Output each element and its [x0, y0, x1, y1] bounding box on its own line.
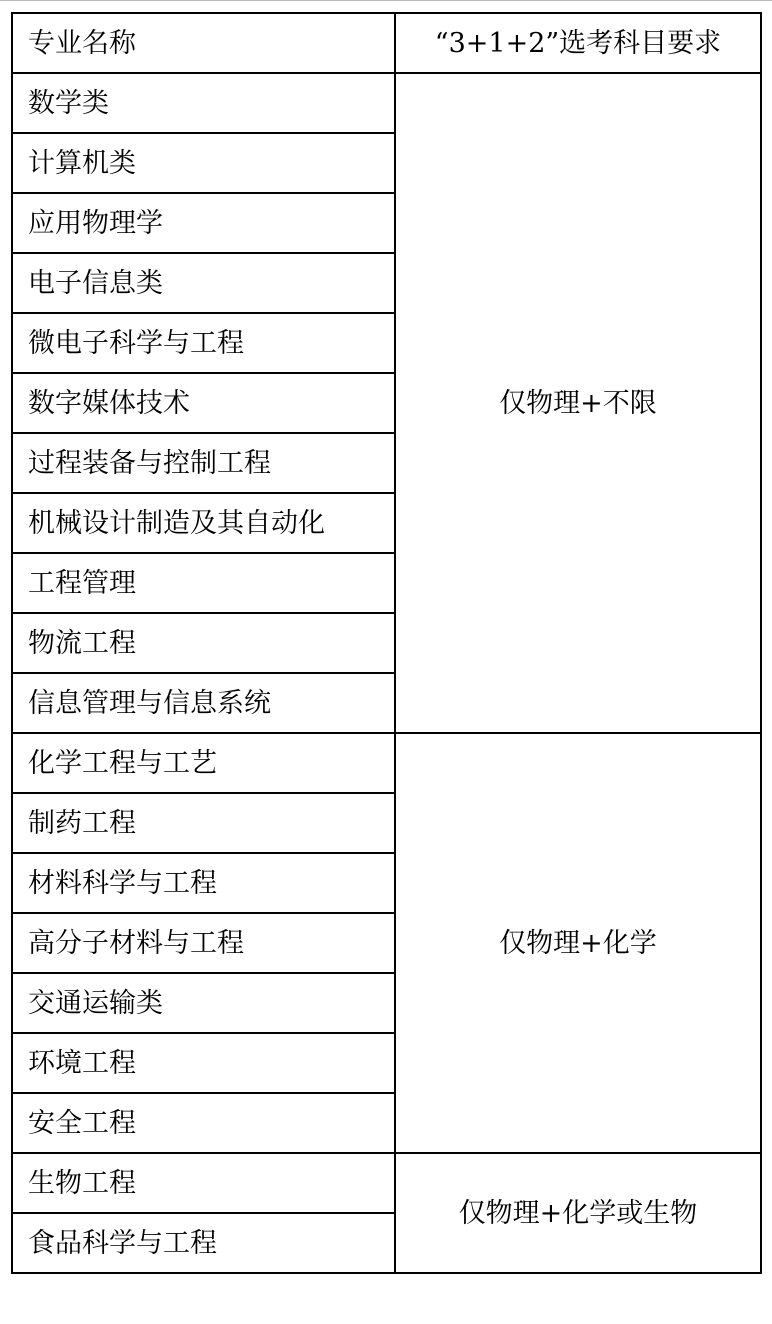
- major-name-cell: 食品科学与工程: [12, 1213, 395, 1273]
- major-name-cell: 安全工程: [12, 1093, 395, 1153]
- major-name-cell: 微电子科学与工程: [12, 313, 395, 373]
- major-name-cell: 机械设计制造及其自动化: [12, 493, 395, 553]
- major-name-cell: 数字媒体技术: [12, 373, 395, 433]
- major-name-cell: 材料科学与工程: [12, 853, 395, 913]
- header-row: 专业名称 “3+1+2”选考科目要求: [12, 13, 761, 73]
- major-name-cell: 过程装备与控制工程: [12, 433, 395, 493]
- major-name-cell: 计算机类: [12, 133, 395, 193]
- requirement-cell: 仅物理+化学: [395, 733, 761, 1153]
- major-name-cell: 化学工程与工艺: [12, 733, 395, 793]
- subject-requirements-table: 专业名称 “3+1+2”选考科目要求 数学类仅物理+不限计算机类应用物理学电子信…: [11, 12, 762, 1274]
- major-name-cell: 信息管理与信息系统: [12, 673, 395, 733]
- major-name-cell: 物流工程: [12, 613, 395, 673]
- table-row: 化学工程与工艺仅物理+化学: [12, 733, 761, 793]
- major-name-cell: 电子信息类: [12, 253, 395, 313]
- table-row: 数学类仅物理+不限: [12, 73, 761, 133]
- major-name-cell: 交通运输类: [12, 973, 395, 1033]
- header-requirement: “3+1+2”选考科目要求: [395, 13, 761, 73]
- major-name-cell: 数学类: [12, 73, 395, 133]
- table-row: 生物工程仅物理+化学或生物: [12, 1153, 761, 1213]
- header-major: 专业名称: [12, 13, 395, 73]
- requirement-cell: 仅物理+化学或生物: [395, 1153, 761, 1273]
- top-divider: [0, 0, 772, 1]
- major-name-cell: 应用物理学: [12, 193, 395, 253]
- major-name-cell: 环境工程: [12, 1033, 395, 1093]
- major-name-cell: 工程管理: [12, 553, 395, 613]
- major-name-cell: 生物工程: [12, 1153, 395, 1213]
- requirement-cell: 仅物理+不限: [395, 73, 761, 733]
- major-name-cell: 制药工程: [12, 793, 395, 853]
- major-name-cell: 高分子材料与工程: [12, 913, 395, 973]
